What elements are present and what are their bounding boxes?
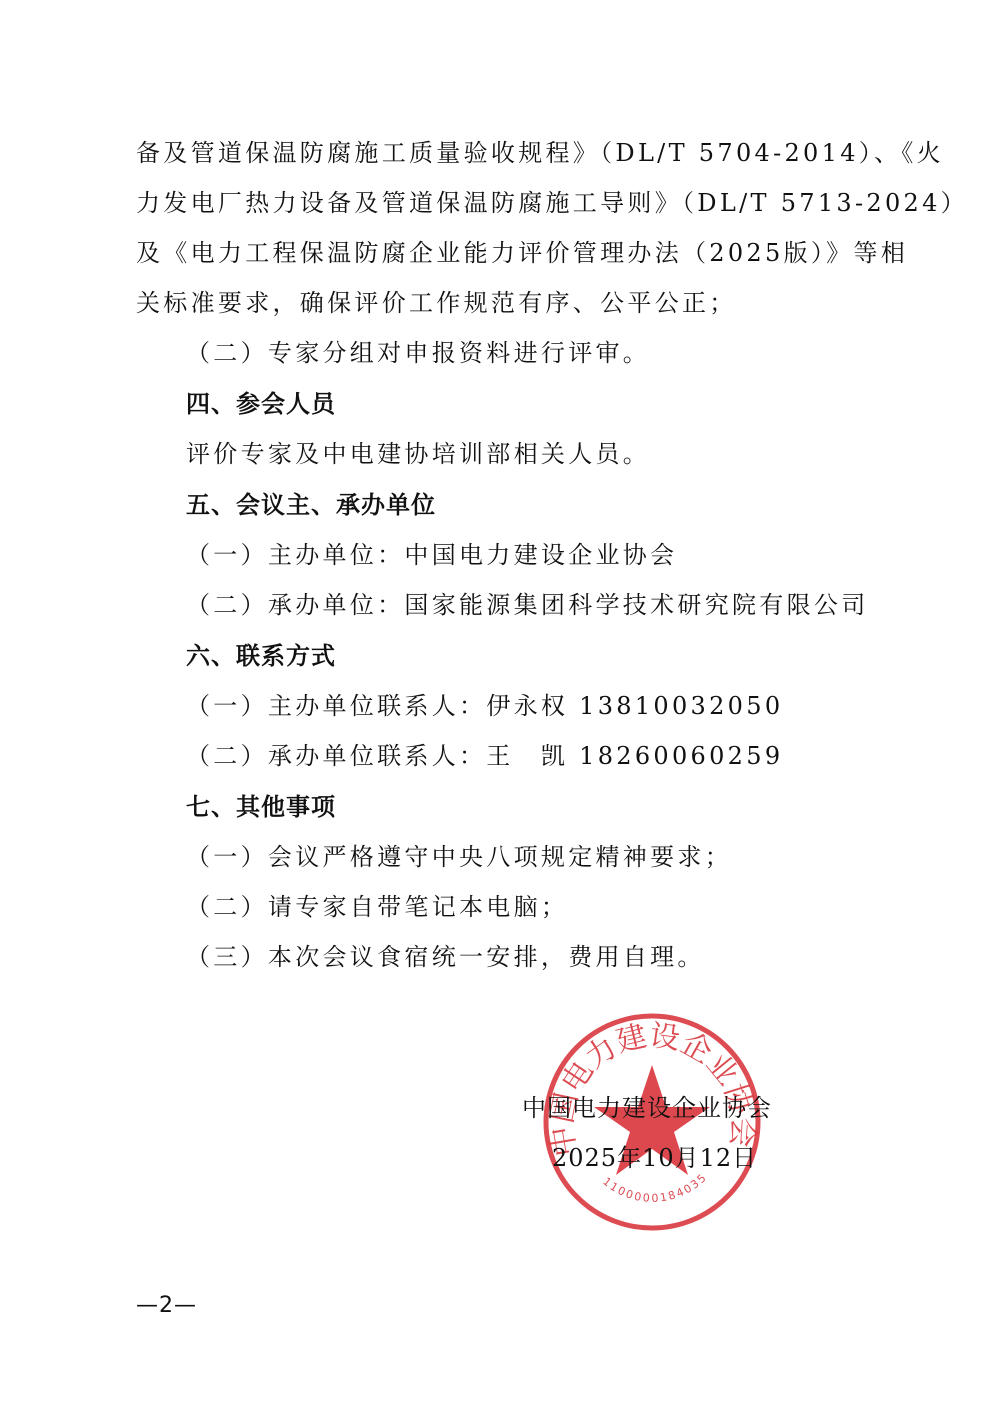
signature-organization: 中国电力建设企业协会: [522, 1093, 772, 1123]
paragraph-line: （一）会议严格遵守中央八项规定精神要求；: [186, 842, 732, 872]
page-number: —2—: [136, 1293, 197, 1318]
paragraph-line: 力发电厂热力设备及管道保温防腐施工导则》（DL/T 5713-2024）: [136, 188, 968, 218]
paragraph-line: 备及管道保温防腐施工质量验收规程》（DL/T 5704-2014）、《火: [136, 138, 944, 168]
seal-serial: 1100000184035: [600, 1170, 710, 1205]
paragraph-line: 关标准要求，确保评价工作规范有序、公平公正；: [136, 288, 737, 318]
paragraph-line: 及《电力工程保温防腐企业能力评价管理办法（2025版）》等相: [136, 238, 908, 268]
section-heading: 四、参会人员: [186, 389, 336, 419]
paragraph-line: （一）主办单位：中国电力建设企业协会: [186, 540, 677, 570]
paragraph-line: （二）专家分组对申报资料进行评审。: [186, 338, 650, 368]
paragraph-line: （三）本次会议食宿统一安排，费用自理。: [186, 942, 705, 972]
paragraph-line: （二）承办单位联系人：王 凯 18260060259: [186, 741, 783, 771]
section-heading: 五、会议主、承办单位: [186, 490, 436, 520]
paragraph-line: （二）请专家自带笔记本电脑；: [186, 892, 568, 922]
section-heading: 七、其他事项: [186, 792, 336, 822]
paragraph-line: 评价专家及中电建协培训部相关人员。: [186, 439, 650, 469]
paragraph-line: （二）承办单位：国家能源集团科学技术研究院有限公司: [186, 590, 869, 620]
signature-date: 2025年10月12日: [552, 1143, 757, 1173]
paragraph-line: （一）主办单位联系人：伊永权 13810032050: [186, 691, 783, 721]
section-heading: 六、联系方式: [186, 641, 336, 671]
